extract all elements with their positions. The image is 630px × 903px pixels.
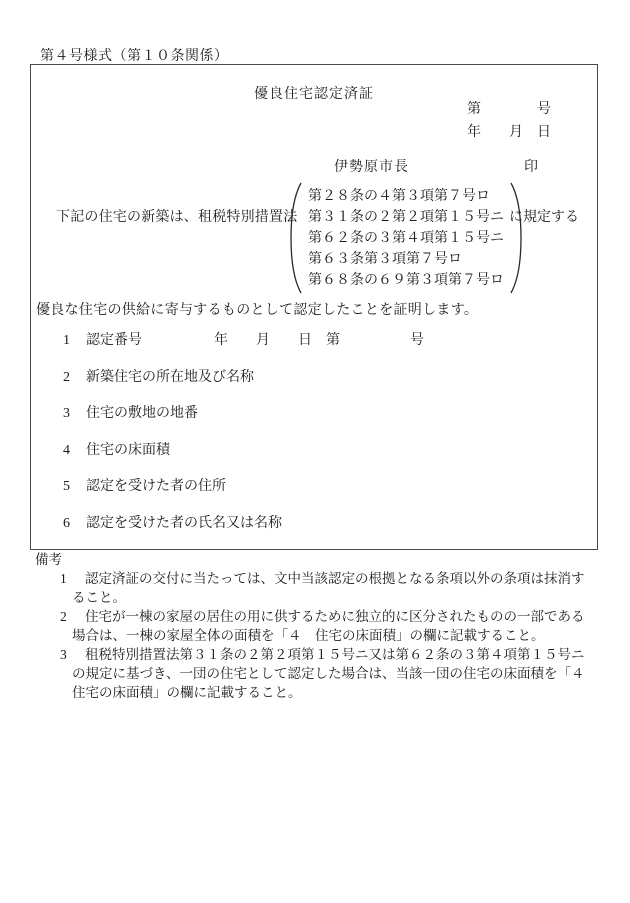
remarks-section: 備考 1認定済証の交付に当たっては、文中当該認定の根拠となる条項以外の条項は抹消… [0,550,620,702]
law-articles-group: 第２８条の４第３項第７号ロ第３１条の２第２項第１５号ニ第６２条の３第４項第１５号… [289,181,523,295]
law-articles-list: 第２８条の４第３項第７号ロ第３１条の２第２項第１５号ニ第６２条の３第４項第１５号… [303,186,509,291]
item-certification-number-value: 年 月 日 第 号 [214,333,424,348]
bracket-left-icon [289,181,303,295]
remark-note-2: 2住宅が一棟の家屋の居住の用に供するために独立的に区分されたものの一部である 場… [72,607,620,645]
law-article-line: 第２８条の４第３項第７号ロ [308,186,504,207]
seal-mark: 印 [524,156,538,176]
form-number-heading: 第４号様式（第１０条関係） [40,45,229,65]
document-date-line: 年 月 日 [467,121,551,144]
law-article-line: 第６２条の３第４項第１５号ニ [308,228,504,249]
clause-outro-text: に規定する [509,206,579,226]
law-article-line: 第３１条の２第２項第１５号ニ [308,207,504,228]
certify-sentence: 優良な住宅の供給に寄与するものとして認定したことを証明します。 [36,299,478,319]
item-certification-number: 1認定番号年 月 日 第 号 [63,329,424,349]
item-certified-person-address: 5認定を受けた者の住所 [63,475,226,495]
clause-intro-text: 下記の住宅の新築は、租税特別措置法 [56,206,297,226]
item-lot-number: 3住宅の敷地の地番 [63,402,198,422]
certificate-border-box: 優良住宅認定済証 第 号年 月 日 伊勢原市長印 下記の住宅の新築は、租税特別措… [30,64,598,550]
document-number-date-block: 第 号年 月 日 [467,98,551,144]
remarks-heading: 備考 [35,550,620,569]
issuer-name: 伊勢原市長 [334,156,409,176]
item-certified-person-name: 6認定を受けた者の氏名又は名称 [63,512,282,532]
law-article-line: 第６８条の６９第３項第７号ロ [308,270,504,291]
item-location-name: 2新築住宅の所在地及び名称 [63,366,254,386]
remark-note-1: 1認定済証の交付に当たっては、文中当該認定の根拠となる条項以外の条項は抹消す る… [72,569,620,607]
remark-note-3: 3租税特別措置法第３１条の２第２項第１５号ニ又は第６２条の３第４項第１５号ニ の… [72,645,620,702]
bracket-right-icon [509,181,523,295]
item-floor-area: 4住宅の床面積 [63,439,170,459]
document-number-line: 第 号 [467,98,551,121]
law-article-line: 第６３条第３項第７号ロ [308,249,504,270]
certificate-document-page: 第４号様式（第１０条関係） 優良住宅認定済証 第 号年 月 日 伊勢原市長印 下… [0,0,630,903]
